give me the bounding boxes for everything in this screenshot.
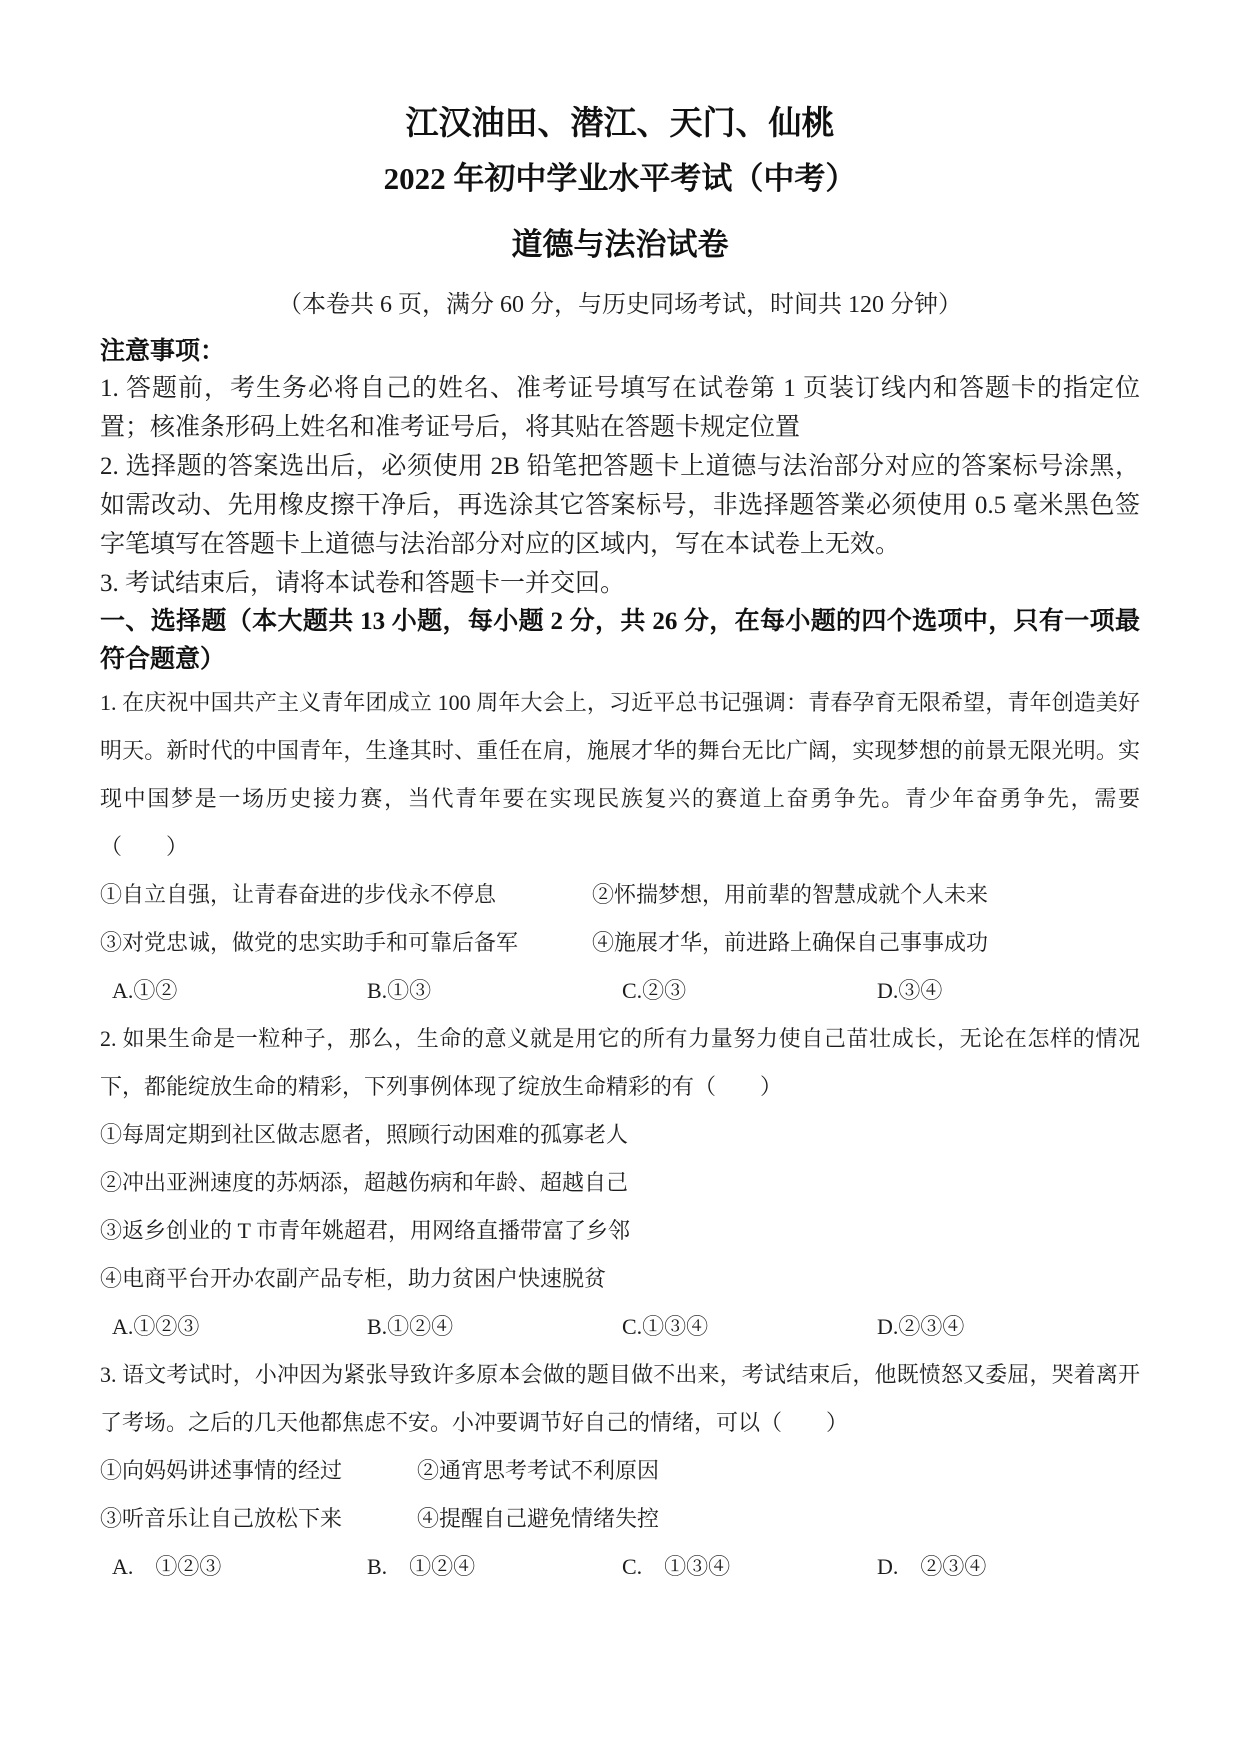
question-2-statement-4: ④电商平台开办农副产品专柜，助力贫困户快速脱贫 xyxy=(100,1255,1140,1303)
question-1: 1. 在庆祝中国共产主义青年团成立 100 周年大会上，习近平总书记强调：青春孕… xyxy=(100,679,1140,1015)
question-1-choices: A.①② B.①③ C.②③ D.③④ xyxy=(100,967,1140,1015)
question-1-choice-b: B.①③ xyxy=(367,967,622,1015)
question-3-choices: A. ①②③ B. ①②④ C. ①③④ D. ②③④ xyxy=(100,1543,1140,1591)
question-3-choice-b: B. ①②④ xyxy=(367,1543,622,1591)
question-2-stem: 2. 如果生命是一粒种子，那么，生命的意义就是用它的所有力量努力使自己苗壮成长，… xyxy=(100,1015,1140,1111)
question-1-statements: ①自立自强，让青春奋进的步伐永不停息 ②怀揣梦想，用前辈的智慧成就个人未来 ③对… xyxy=(100,871,1140,967)
question-3-choice-a: A. ①②③ xyxy=(112,1543,367,1591)
question-1-stem: 1. 在庆祝中国共产主义青年团成立 100 周年大会上，习近平总书记强调：青春孕… xyxy=(100,679,1140,871)
question-1-statement-2: ②怀揣梦想，用前辈的智慧成就个人未来 xyxy=(592,871,1140,919)
notice-item-1: 1. 答题前，考生务必将自己的姓名、准考证号填写在试卷第 1 页装订线内和答题卡… xyxy=(100,369,1140,447)
question-3-statement-3: ③听音乐让自己放松下来 xyxy=(100,1495,417,1543)
question-1-choice-a: A.①② xyxy=(112,967,367,1015)
question-3-statement-1: ①向妈妈讲述事情的经过 xyxy=(100,1447,417,1495)
question-1-choice-c: C.②③ xyxy=(622,967,877,1015)
question-3: 3. 语文考试时，小冲因为紧张导致许多原本会做的题目做不出来，考试结束后，他既愤… xyxy=(100,1351,1140,1591)
question-2-choice-c: C.①③④ xyxy=(622,1303,877,1351)
question-3-statement-4: ④提醒自己避免情绪失控 xyxy=(417,1495,1140,1543)
question-1-choice-d: D.③④ xyxy=(877,967,942,1015)
question-3-choice-c: C. ①③④ xyxy=(622,1543,877,1591)
exam-title-line1: 江汉油田、潜江、天门、仙桃 xyxy=(100,104,1140,144)
question-2-statement-3: ③返乡创业的 T 市青年姚超君，用网络直播带富了乡邻 xyxy=(100,1207,1140,1255)
question-2-choice-a: A.①②③ xyxy=(112,1303,367,1351)
section-one-heading: 一、选择题（本大题共 13 小题，每小题 2 分，共 26 分，在每小题的四个选… xyxy=(100,603,1140,679)
question-2: 2. 如果生命是一粒种子，那么，生命的意义就是用它的所有力量努力使自己苗壮成长，… xyxy=(100,1015,1140,1351)
exam-title-line2: 2022 年初中学业水平考试（中考） xyxy=(100,160,1140,198)
question-2-statements: ①每周定期到社区做志愿者，照顾行动困难的孤寡老人 ②冲出亚洲速度的苏炳添，超越伤… xyxy=(100,1111,1140,1303)
question-3-stem: 3. 语文考试时，小冲因为紧张导致许多原本会做的题目做不出来，考试结束后，他既愤… xyxy=(100,1351,1140,1447)
notice-item-2: 2. 选择题的答案选出后，必须使用 2B 铅笔把答题卡上道德与法治部分对应的答案… xyxy=(100,447,1140,564)
question-1-statement-1: ①自立自强，让青春奋进的步伐永不停息 xyxy=(100,871,592,919)
question-2-choice-b: B.①②④ xyxy=(367,1303,622,1351)
exam-title-line3: 道德与法治试卷 xyxy=(100,226,1140,264)
question-3-statement-2: ②通宵思考考试不利原因 xyxy=(417,1447,1140,1495)
question-2-statement-1: ①每周定期到社区做志愿者，照顾行动困难的孤寡老人 xyxy=(100,1111,1140,1159)
question-3-choice-d: D. ②③④ xyxy=(877,1543,986,1591)
question-3-statements: ①向妈妈讲述事情的经过 ②通宵思考考试不利原因 ③听音乐让自己放松下来 ④提醒自… xyxy=(100,1447,1140,1543)
question-1-statement-3: ③对党忠诚，做党的忠实助手和可靠后备军 xyxy=(100,919,592,967)
document-canvas: { "exam": { "title_line1": "江汉油田、潜江、天门、仙… xyxy=(0,0,1240,1753)
question-2-statement-2: ②冲出亚洲速度的苏炳添，超越伤病和年龄、超越自己 xyxy=(100,1159,1140,1207)
exam-meta-line: （本卷共 6 页，满分 60 分，与历史同场考试，时间共 120 分钟） xyxy=(100,289,1140,321)
exam-paper-page: 江汉油田、潜江、天门、仙桃 2022 年初中学业水平考试（中考） 道德与法治试卷… xyxy=(100,0,1140,1591)
question-2-choices: A.①②③ B.①②④ C.①③④ D.②③④ xyxy=(100,1303,1140,1351)
notice-list: 1. 答题前，考生务必将自己的姓名、准考证号填写在试卷第 1 页装订线内和答题卡… xyxy=(100,369,1140,603)
notice-heading: 注意事项： xyxy=(100,335,1140,369)
notice-item-3: 3. 考试结束后，请将本试卷和答题卡一并交回。 xyxy=(100,564,1140,603)
question-1-statement-4: ④施展才华，前进路上确保自己事事成功 xyxy=(592,919,1140,967)
question-2-choice-d: D.②③④ xyxy=(877,1303,964,1351)
